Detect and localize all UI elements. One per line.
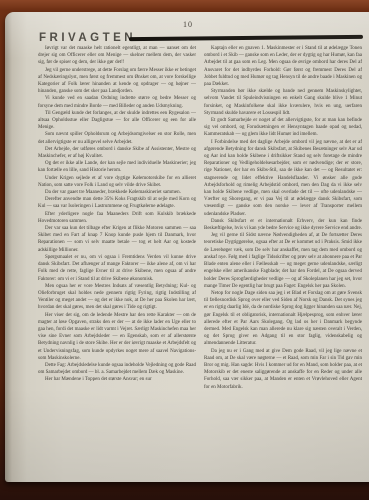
paragraph: Dansk Skibsfart er et internationalt Erh… bbox=[204, 218, 362, 232]
paragraph: Iøvrigt var det maaske helt rationelt eg… bbox=[38, 45, 196, 67]
photographed-magazine-page: 10 FRIVAGTEN Iøvrigt var det maaske helt… bbox=[0, 0, 369, 500]
paragraph: Kaptajn eller en gnaven 1. Maskinmester … bbox=[204, 45, 362, 88]
paragraph: Et godt Samarbejde er noget af det aller… bbox=[204, 117, 362, 139]
masthead-rule bbox=[129, 35, 363, 41]
paragraph: Efter yderligere nogle faa Maaneders Dri… bbox=[38, 211, 196, 225]
paragraph: Jeg vil gerne til Sidst nævne Nødvendigh… bbox=[204, 232, 362, 290]
paragraph: Og det er ikke alle Lande, der kan sejle… bbox=[38, 160, 196, 174]
paragraph: Her har Mændene i Toppen det største Ans… bbox=[38, 376, 196, 383]
paragraph: Til Gengæld kunde det forlanges, at der … bbox=[38, 110, 196, 132]
paragraph: Under Krigen sejlede et af vore dygtige … bbox=[38, 175, 196, 189]
paragraph: Der var saa kun det tilbage efter Krigen… bbox=[38, 225, 196, 254]
paragraph: I Forbindelse med det daglige Arbejde om… bbox=[204, 139, 362, 218]
paragraph: Derefter anvendte man dette 35% Koks Fra… bbox=[38, 196, 196, 210]
paragraph: Men ogsaa her er vore Mestres Indsats af… bbox=[38, 283, 196, 312]
paragraph: Dette Fag: Arbejdsledelse kunde ogsaa in… bbox=[38, 362, 196, 376]
paragraph: Da jeg nu er i Gang med at give Dem gode… bbox=[204, 348, 362, 391]
left-column: Iøvrigt var det maaske helt rationelt eg… bbox=[38, 45, 196, 473]
masthead-title: FRIVAGTEN bbox=[39, 32, 136, 44]
article-body: Iøvrigt var det maaske helt rationelt eg… bbox=[38, 45, 362, 473]
paragraph: Da der var gaaet tre Maaneder, brækkede … bbox=[38, 189, 196, 196]
paragraph: Som nævnt spiller Opholdsrum og Arbejdso… bbox=[38, 131, 196, 145]
paragraph: Netop for nogle Dage siden saa jeg i et … bbox=[204, 290, 362, 348]
page-number: 10 bbox=[5, 20, 369, 29]
right-column: Kaptajn eller en gnaven 1. Maskinmester … bbox=[204, 45, 362, 473]
paragraph: Spørgsmaalet er nu, om vi ogsaa i Fremti… bbox=[38, 254, 196, 283]
paragraph: Her viser det sig, om de ledende Mestre … bbox=[38, 312, 196, 362]
paragraph: Jeg vil gerne understrege, at dette Fors… bbox=[38, 67, 196, 96]
paragraph: Det Arbejde, der udføres ombord i danske… bbox=[38, 146, 196, 160]
paper-page: 10 FRIVAGTEN Iøvrigt var det maaske helt… bbox=[5, 12, 369, 482]
paragraph: Vi kunde ved en saadan Ordning indrette … bbox=[38, 95, 196, 109]
paragraph: Styrmanden bør ikke skælde og bande ned … bbox=[204, 88, 362, 117]
